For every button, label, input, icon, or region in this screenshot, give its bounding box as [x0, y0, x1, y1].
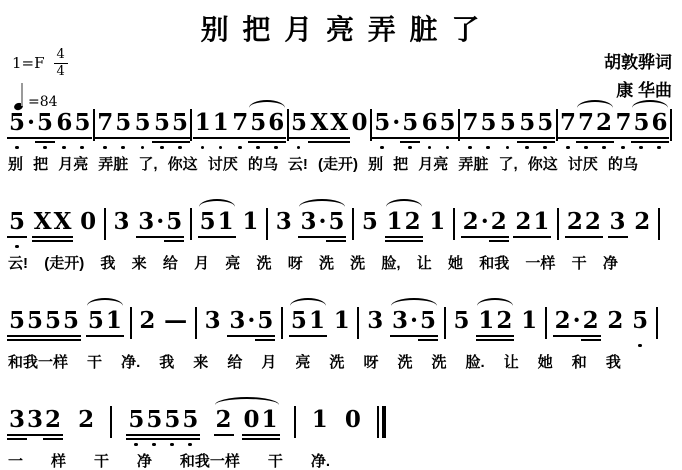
lyric-token: 讨厌 — [568, 155, 598, 174]
note: 2 — [490, 209, 508, 235]
octave-dot — [428, 146, 432, 150]
note: — — [163, 308, 188, 334]
note: 5 — [163, 407, 181, 433]
note: 2 — [554, 308, 572, 334]
lyric-token: 洗 — [329, 353, 344, 372]
note: · — [391, 110, 401, 136]
note: 0 — [79, 209, 97, 235]
octave-dot — [121, 146, 125, 150]
lyric-token: 净 — [137, 452, 152, 470]
lyric-token: 净. — [121, 353, 140, 372]
note: 3 — [275, 209, 293, 235]
note: 2 — [215, 407, 233, 433]
note: 5 — [44, 308, 62, 334]
note: 5 — [87, 308, 105, 334]
note: 3 — [299, 209, 317, 235]
lyric-token: 弄脏 — [458, 155, 488, 174]
quarter-note-icon — [14, 83, 25, 110]
note: 1 — [428, 209, 446, 235]
note: 5 — [199, 209, 217, 235]
lyric-token: 亮 — [225, 254, 240, 273]
note: 5 — [134, 110, 152, 136]
note: 3 — [609, 209, 627, 235]
lyric-token: 脸. — [466, 353, 485, 372]
slur-arc — [87, 298, 123, 306]
octave-dot — [657, 146, 661, 150]
lyric-token: 洗 — [432, 353, 447, 372]
note: 5 — [632, 110, 650, 136]
note-group: 5 — [361, 209, 379, 235]
note-group: 3 — [113, 209, 131, 235]
octave-dot — [506, 146, 510, 150]
lyrics-row: 一样干净和我一样干净. — [8, 452, 330, 470]
lyric-token: 我 — [159, 353, 174, 372]
slur-arc — [391, 298, 437, 306]
note-group: 1 — [241, 209, 259, 235]
barline — [670, 109, 672, 141]
note: 1 — [477, 308, 495, 334]
note: 2 — [44, 407, 62, 433]
lyric-token: 亮 — [295, 353, 310, 372]
note-group: 1 — [333, 308, 351, 334]
octave-dot — [584, 146, 588, 150]
barline — [130, 307, 132, 339]
octave-dot — [141, 146, 145, 150]
octave-dot — [201, 146, 205, 150]
note — [233, 407, 243, 433]
note: 5 — [327, 209, 345, 235]
note: 5 — [373, 110, 391, 136]
note: 3 — [26, 407, 44, 433]
octave-dot — [621, 146, 625, 150]
key-label: 1=F — [12, 54, 45, 72]
note: 5 — [499, 110, 517, 136]
octave-dot — [238, 146, 242, 150]
octave-dot — [446, 146, 450, 150]
note: 5 — [256, 308, 274, 334]
note-group: 5 — [134, 110, 152, 136]
note: 7 — [96, 110, 114, 136]
lyric-token: 干 — [87, 353, 102, 372]
system-3: 5555512—33·551133·551212·225和我一样干净.我来给月亮… — [8, 300, 674, 372]
note: 5 — [26, 308, 44, 334]
note: 5 — [631, 308, 649, 334]
lyric-token: 洗 — [350, 254, 365, 273]
notes-row: 332255552 0110 — [8, 399, 386, 438]
note-group: 5555 — [127, 407, 199, 433]
note-group: 3·5 — [137, 209, 183, 235]
note: 2 — [584, 209, 602, 235]
lyric-token: 来 — [193, 353, 208, 372]
score: 5·56575555117565XX05·56575555772756别把月亮弄… — [8, 102, 674, 470]
note-group: 3 — [609, 209, 627, 235]
barline — [352, 208, 354, 240]
lyrics-row: 和我一样干净.我来给月亮洗呀洗洗脸.让她和我 — [8, 353, 621, 372]
lyric-token: 洗 — [319, 254, 334, 273]
note-group: 3·5 — [391, 308, 437, 334]
note: 5 — [181, 407, 199, 433]
note: 5 — [62, 308, 80, 334]
note: 7 — [577, 110, 595, 136]
lyric-token: 月 — [261, 353, 276, 372]
note: 2 — [595, 110, 613, 136]
key-line: 1=F 4 4 — [12, 48, 68, 78]
note: 6 — [267, 110, 285, 136]
lyric-token: 弄脏 — [98, 155, 128, 174]
barline — [281, 307, 283, 339]
note: 2 — [566, 209, 584, 235]
lyric-token: 和 — [572, 353, 587, 372]
note: 2 — [514, 209, 532, 235]
note: 0 — [243, 407, 261, 433]
note: 5 — [114, 110, 132, 136]
lyric-token: 样 — [51, 452, 66, 470]
note-group: 3·5 — [228, 308, 274, 334]
octave-dot — [380, 146, 384, 150]
note-group: 5 — [499, 110, 517, 136]
note: 5 — [518, 110, 536, 136]
note: 2 — [404, 209, 422, 235]
barline — [110, 406, 112, 438]
octave-dot — [525, 146, 529, 150]
barline — [557, 208, 559, 240]
lyric-token: 干 — [572, 254, 587, 273]
octave-dot — [170, 443, 174, 447]
note-group: 51 — [290, 308, 326, 334]
note: 5 — [361, 209, 379, 235]
note: 3 — [228, 308, 246, 334]
note: 5 — [290, 110, 308, 136]
note: 1 — [333, 308, 351, 334]
note: X — [53, 209, 73, 235]
lyric-token: 的乌 — [248, 155, 278, 174]
note-group: 11 — [194, 110, 230, 136]
lyric-token: 干 — [94, 452, 109, 470]
note-group: 0 — [79, 209, 97, 235]
lyric-token: 的乌 — [608, 155, 638, 174]
lyric-token: 给 — [163, 254, 178, 273]
slur-arc — [290, 298, 326, 306]
lyric-token: 洗 — [257, 254, 272, 273]
sheet-music-page: 别 把 月 亮 弄 脏 了 1=F 4 4 =84 胡敦骅词 康 华曲 5·56… — [0, 0, 682, 470]
note: 5 — [153, 110, 171, 136]
octave-dot — [297, 146, 301, 150]
octave-dot — [408, 146, 412, 150]
note: 2 — [633, 209, 651, 235]
note-group: 51 — [87, 308, 123, 334]
note-group: 5 — [631, 308, 649, 334]
lyric-token: 云! — [8, 254, 28, 273]
lyric-token: 别 — [8, 155, 23, 174]
note: 1 — [386, 209, 404, 235]
lyric-token: (走开) — [44, 254, 84, 273]
note: · — [246, 308, 256, 334]
note-group: 3 — [204, 308, 222, 334]
credits: 胡敦骅词 康 华曲 — [604, 49, 672, 105]
note: · — [155, 209, 165, 235]
octave-dot — [152, 443, 156, 447]
octave-dot — [178, 146, 182, 150]
note: 2 — [606, 308, 624, 334]
meter-denominator: 4 — [54, 64, 68, 79]
note: 1 — [532, 209, 550, 235]
note-group: 5 — [290, 110, 308, 136]
note-group: 5 — [453, 308, 471, 334]
note-group: 1 — [428, 209, 446, 235]
note: 3 — [8, 407, 26, 433]
lyric-token: 了, — [498, 155, 517, 174]
note-group: 51 — [199, 209, 235, 235]
note-group: 3 — [275, 209, 293, 235]
note: X — [33, 209, 53, 235]
note: 5 — [8, 110, 26, 136]
octave-dot — [15, 146, 19, 150]
octave-dot — [274, 146, 278, 150]
lyric-token: 干 — [268, 452, 283, 470]
lyric-token: 净 — [603, 254, 618, 273]
octave-dot — [43, 146, 47, 150]
octave-dot — [62, 146, 66, 150]
note-group: 5·5 — [8, 110, 54, 136]
note: 0 — [350, 110, 368, 136]
note: 1 — [311, 407, 329, 433]
barline — [294, 406, 296, 438]
note-group: 1 — [520, 308, 538, 334]
note-group: 756 — [231, 110, 285, 136]
note-group: 22 — [566, 209, 602, 235]
note: 2 — [495, 308, 513, 334]
note: 2 — [582, 308, 600, 334]
time-signature: 4 4 — [54, 48, 68, 78]
note: X — [309, 110, 329, 136]
lyric-token: 呀 — [363, 353, 378, 372]
note: 5 — [249, 110, 267, 136]
note: 3 — [204, 308, 222, 334]
note: 5 — [479, 110, 497, 136]
system-2: 5XX033·551133·551212·2212232云!(走开)我来给月亮洗… — [8, 201, 674, 273]
note: · — [480, 209, 490, 235]
note: 6 — [650, 110, 668, 136]
note-group: 5 — [8, 209, 26, 235]
barline — [656, 307, 658, 339]
note: 1 — [212, 110, 230, 136]
tempo-marking: =84 — [14, 83, 68, 110]
lyric-token: (走开) — [318, 155, 358, 174]
note: 5 — [73, 110, 91, 136]
note: · — [317, 209, 327, 235]
lyric-token: 她 — [538, 353, 553, 372]
slur-arc — [477, 298, 513, 306]
octave-dot — [134, 443, 138, 447]
note-group: 75 — [461, 110, 497, 136]
note-group: 3·5 — [299, 209, 345, 235]
lyric-token: 一样 — [525, 254, 555, 273]
octave-dot — [219, 146, 223, 150]
note: 7 — [559, 110, 577, 136]
note: 0 — [344, 407, 362, 433]
slur-arc — [249, 100, 285, 108]
octave-dot — [566, 146, 570, 150]
note-group: 5555 — [8, 308, 80, 334]
note: 5 — [453, 308, 471, 334]
note-group: XX — [33, 209, 73, 235]
note-group: 756 — [614, 110, 668, 136]
barline — [658, 208, 660, 240]
note: X — [329, 110, 349, 136]
octave-dot — [602, 146, 606, 150]
note-group: 2 01 — [215, 407, 279, 433]
note: 5 — [171, 110, 189, 136]
system-4: 332255552 0110一样干净和我一样干净. — [8, 399, 674, 470]
note-group: 12 — [386, 209, 422, 235]
note-group: 5·5 — [373, 110, 419, 136]
note: 5 — [8, 209, 26, 235]
note: 1 — [105, 308, 123, 334]
octave-dot — [103, 146, 107, 150]
octave-dot — [639, 146, 643, 150]
note-group: XX — [309, 110, 349, 136]
lyrics-row: 云!(走开)我来给月亮洗呀洗洗脸,让她和我一样干净 — [8, 254, 618, 273]
lyric-token: 别 — [368, 155, 383, 174]
octave-dot — [468, 146, 472, 150]
lyric-token: 来 — [132, 254, 147, 273]
note: 1 — [261, 407, 279, 433]
lyric-token: 和我 — [479, 254, 509, 273]
slur-arc — [215, 397, 279, 405]
note-group: 0 — [350, 110, 368, 136]
note: 2 — [138, 308, 156, 334]
meter-numerator: 4 — [54, 48, 68, 64]
note-group: 332 — [8, 407, 62, 433]
note-group: 2 — [138, 308, 156, 334]
octave-dot — [638, 344, 642, 348]
barline — [195, 307, 197, 339]
note-group: 2 — [633, 209, 651, 235]
barline — [190, 208, 192, 240]
header-meta-row: 1=F 4 4 =84 胡敦骅词 康 华曲 — [8, 48, 674, 102]
note: 5 — [290, 308, 308, 334]
note: · — [26, 110, 36, 136]
octave-dot — [543, 146, 547, 150]
barline — [266, 208, 268, 240]
lyric-token: 了, — [138, 155, 157, 174]
lyric-token: 净. — [311, 452, 330, 470]
note: 3 — [113, 209, 131, 235]
note: 5 — [439, 110, 457, 136]
note: 2 — [77, 407, 95, 433]
lyric-token: 把 — [393, 155, 408, 174]
octave-dot — [160, 146, 164, 150]
note-group: — — [163, 308, 188, 334]
slur-arc — [199, 199, 235, 207]
lyric-token: 和我一样 — [8, 353, 68, 372]
lyric-token: 让 — [504, 353, 519, 372]
octave-dot — [256, 146, 260, 150]
lyric-token: 她 — [448, 254, 463, 273]
barline — [357, 307, 359, 339]
octave-dot — [486, 146, 490, 150]
note: 6 — [421, 110, 439, 136]
lyric-token: 呀 — [288, 254, 303, 273]
lyric-token: 月亮 — [58, 155, 88, 174]
slur-arc — [386, 199, 422, 207]
note: 5 — [165, 209, 183, 235]
note: 5 — [419, 308, 437, 334]
tempo-value: =84 — [28, 94, 58, 110]
system-1: 5·56575555117565XX05·56575555772756别把月亮弄… — [8, 102, 674, 174]
note: · — [572, 308, 582, 334]
octave-dot — [188, 443, 192, 447]
note: 1 — [308, 308, 326, 334]
note-group: 55 — [153, 110, 189, 136]
note: 5 — [145, 407, 163, 433]
note: 1 — [520, 308, 538, 334]
note: 5 — [536, 110, 554, 136]
lyric-token: 月亮 — [418, 155, 448, 174]
barline — [545, 307, 547, 339]
note: 3 — [391, 308, 409, 334]
lyric-token: 一 — [8, 452, 23, 470]
note-group: 3 — [366, 308, 384, 334]
final-barline — [377, 406, 386, 438]
note-group: 12 — [477, 308, 513, 334]
note: 6 — [55, 110, 73, 136]
octave-dot — [80, 146, 84, 150]
note-group: 65 — [55, 110, 91, 136]
lyricist-credit: 胡敦骅词 — [604, 49, 672, 77]
note: 3 — [366, 308, 384, 334]
note: 1 — [194, 110, 212, 136]
lyric-token: 云! — [288, 155, 308, 174]
note-group: 65 — [421, 110, 457, 136]
key-signature: 1=F 4 4 =84 — [12, 48, 68, 110]
lyric-token: 把 — [33, 155, 48, 174]
lyric-token: 月 — [194, 254, 209, 273]
notes-row: 5555512—33·551133·551212·225 — [8, 300, 658, 339]
note-group: 55 — [518, 110, 554, 136]
slur-arc — [299, 199, 345, 207]
note: 7 — [461, 110, 479, 136]
note-group: 2 — [606, 308, 624, 334]
lyric-token: 和我一样 — [180, 452, 240, 470]
note: 1 — [241, 209, 259, 235]
note-group: 2·2 — [554, 308, 600, 334]
lyric-token: 你这 — [168, 155, 198, 174]
lyrics-row: 别把月亮弄脏了,你这讨厌的乌云!(走开)别把月亮弄脏了,你这讨厌的乌 — [8, 155, 638, 174]
note: 2 — [462, 209, 480, 235]
barline — [104, 208, 106, 240]
note: · — [409, 308, 419, 334]
note: 5 — [36, 110, 54, 136]
note: 7 — [231, 110, 249, 136]
lyric-token: 你这 — [528, 155, 558, 174]
note: 5 — [401, 110, 419, 136]
notes-row: 5XX033·551133·551212·2212232 — [8, 201, 660, 240]
notes-row: 5·56575555117565XX05·56575555772756 — [8, 102, 672, 141]
lyric-token: 洗 — [397, 353, 412, 372]
lyric-token: 给 — [227, 353, 242, 372]
note: 1 — [217, 209, 235, 235]
note-group: 2 — [77, 407, 95, 433]
note: 5 — [8, 308, 26, 334]
note-group: 772 — [559, 110, 613, 136]
lyric-token: 脸, — [381, 254, 400, 273]
barline — [453, 208, 455, 240]
note-group: 0 — [344, 407, 362, 433]
lyric-token: 讨厌 — [208, 155, 238, 174]
song-title: 别 把 月 亮 弄 脏 了 — [8, 12, 674, 48]
note-group: 21 — [514, 209, 550, 235]
